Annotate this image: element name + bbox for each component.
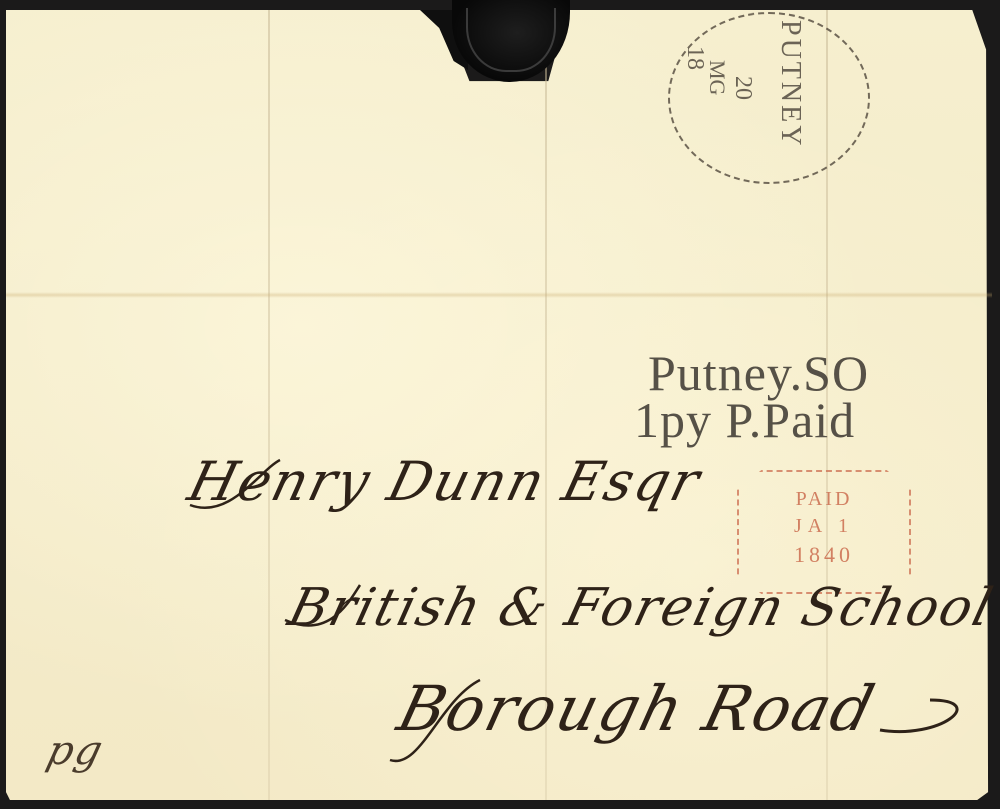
address-institution: British & Foreign School (283, 578, 1000, 638)
paid-stamp-date: JA 1 (739, 515, 909, 538)
circular-datestamp (668, 12, 870, 184)
datestamp-year: 18 (681, 46, 708, 70)
town-handstamp-line2: 1py P.Paid (634, 395, 855, 445)
town-handstamp-line1: Putney.SO (648, 348, 869, 398)
address-recipient: Henry Dunn Esqr (182, 450, 707, 513)
red-paid-handstamp: PAID JA 1 1840 (737, 470, 911, 594)
docket-initials: pg (42, 728, 109, 774)
paid-stamp-line1: PAID (739, 488, 909, 511)
paid-stamp-year: 1840 (739, 542, 909, 568)
datestamp-town: PUTNEY (774, 20, 806, 148)
address-street: Borough Road (391, 672, 883, 745)
datestamp-day: 20 (729, 76, 756, 100)
